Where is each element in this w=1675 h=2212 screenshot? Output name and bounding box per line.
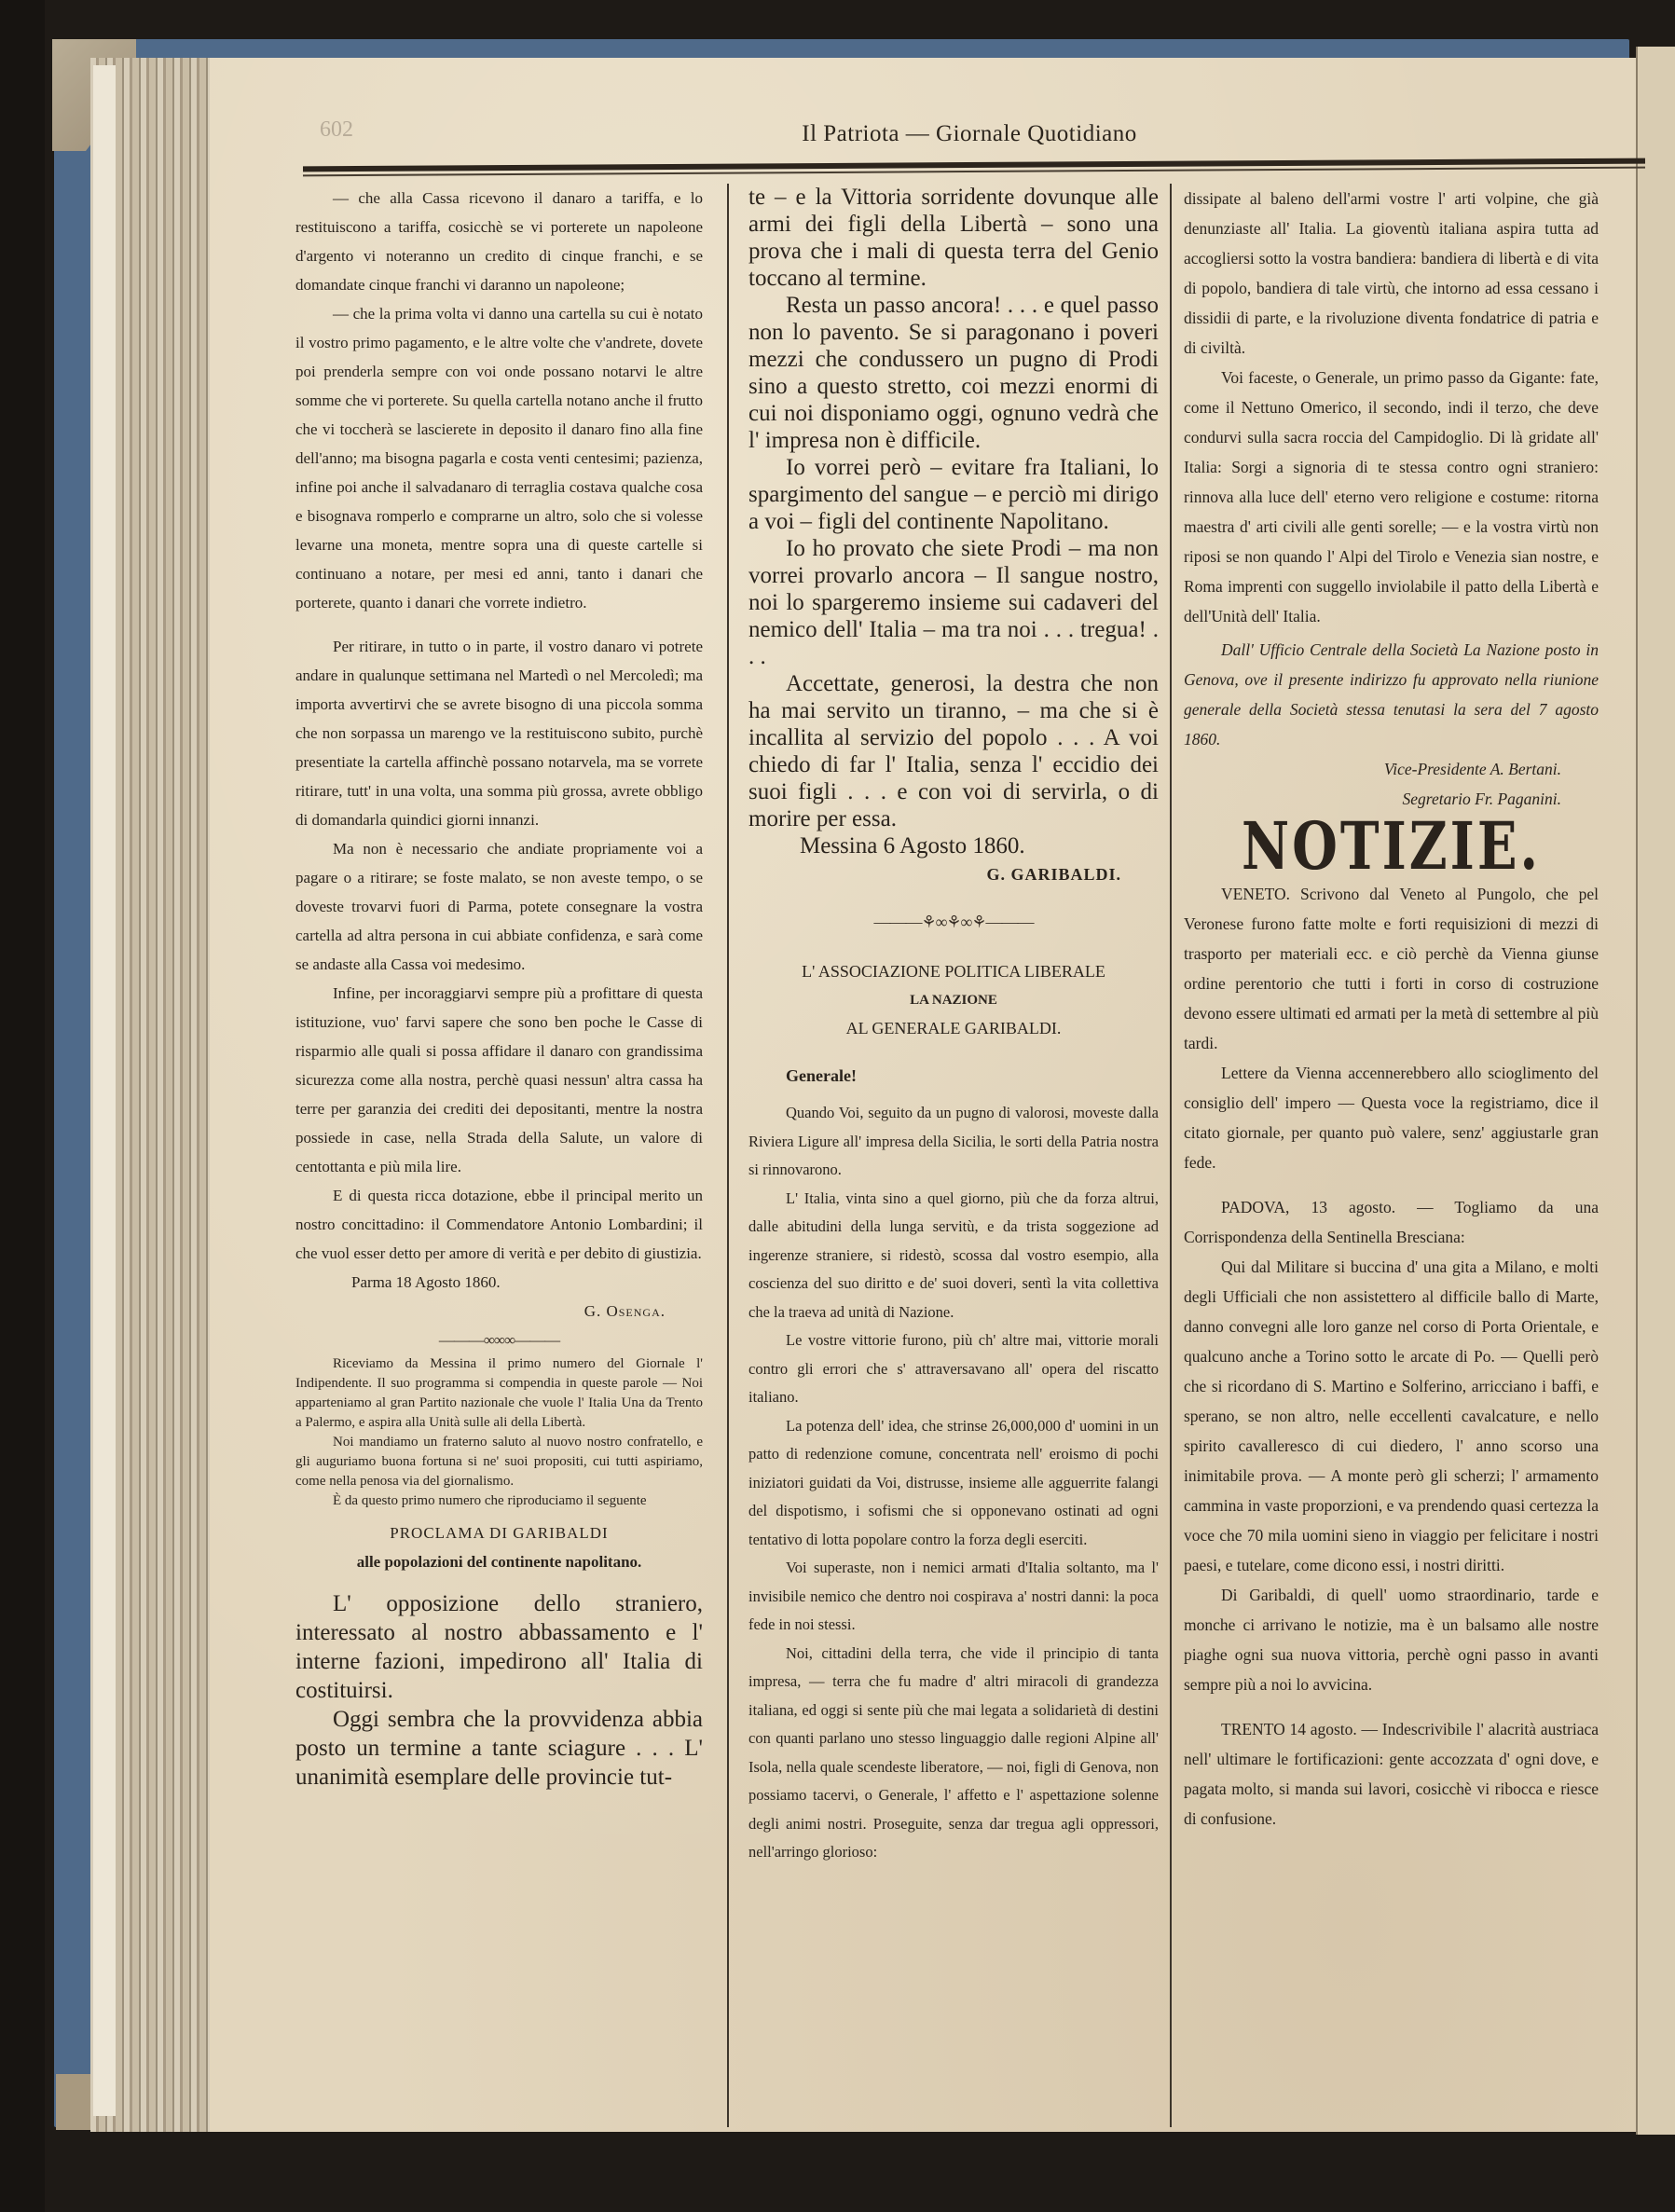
article-paragraph: Quando Voi, seguito da un pugno di valor…: [748, 1099, 1159, 1185]
article-paragraph: Noi, cittadini della terra, che vide il …: [748, 1640, 1159, 1867]
article-paragraph: Voi superaste, non i nemici armati d'Ita…: [748, 1554, 1159, 1640]
proclamation-paragraph: Io ho provato che siete Prodi – ma non v…: [748, 535, 1159, 670]
section-heading: AL GENERALE GARIBALDI.: [748, 1013, 1159, 1044]
article-paragraph: Infine, per incoraggiarvi sempre più a p…: [295, 979, 703, 1181]
proclamation-subtitle: alle popolazioni del continente napolita…: [295, 1547, 703, 1576]
proclamation-paragraph: Accettate, generosi, la destra che non h…: [748, 670, 1159, 832]
article-paragraph: — che alla Cassa ricevono il danaro a ta…: [295, 184, 703, 299]
proclamation-paragraph: Io vorrei però – evitare fra Italiani, l…: [748, 454, 1159, 535]
article-paragraph: La potenza dell' idea, che strinse 26,00…: [748, 1412, 1159, 1555]
article-paragraph: Ma non è necessario che andiate propriam…: [295, 834, 703, 979]
news-item: Di Garibaldi, di quell' uomo straordinar…: [1184, 1580, 1599, 1699]
news-item: Lettere da Vienna accennerebbero allo sc…: [1184, 1058, 1599, 1177]
column-divider: [1170, 184, 1172, 2127]
proclamation-title: PROCLAMA DI GARIBALDI: [295, 1518, 703, 1547]
notice-paragraph: Riceviamo da Messina il primo numero del…: [295, 1354, 703, 1433]
editorial-note: Dall' Ufficio Centrale della Società La …: [1184, 635, 1599, 754]
newspaper-page: 602 Il Patriota — Giornale Quotidiano — …: [210, 58, 1636, 2132]
proclamation-paragraph: Oggi sembra che la provvidenza abbia pos…: [295, 1705, 703, 1792]
proclamation-paragraph: te – e la Vittoria sorridente dovunque a…: [748, 184, 1159, 292]
news-item: VENETO. Scrivono dal Veneto al Pungolo, …: [1184, 879, 1599, 1058]
proclamation-paragraph: Resta un passo ancora! . . . e quel pass…: [748, 292, 1159, 454]
column-2: te – e la Vittoria sorridente dovunque a…: [748, 184, 1159, 1867]
ornament-divider: ———⚘∞⚘∞⚘———: [748, 907, 1159, 938]
salutation: Generale!: [748, 1061, 1159, 1092]
article-paragraph: Le vostre vittorie furono, più ch' altre…: [748, 1326, 1159, 1412]
scan-background: [0, 0, 45, 2212]
news-item: TRENTO 14 agosto. — Indescrivibile l' al…: [1184, 1714, 1599, 1834]
proclamation-paragraph: L' opposizione dello straniero, interess…: [295, 1589, 703, 1705]
next-page-edge: [1636, 47, 1675, 2135]
column-3: dissipate al baleno dell'armi vostre l' …: [1184, 184, 1599, 1834]
masthead: Il Patriota — Giornale Quotidiano: [289, 121, 1650, 147]
signature: G. GARIBALDI.: [748, 859, 1159, 890]
notice-paragraph: Noi mandiamo un fraterno saluto al nuovo…: [295, 1433, 703, 1491]
article-paragraph: dissipate al baleno dell'armi vostre l' …: [1184, 184, 1599, 363]
column-1: — che alla Cassa ricevono il danaro a ta…: [295, 184, 703, 1792]
signature: G. Osenga.: [295, 1297, 703, 1326]
article-paragraph: E di questa ricca dotazione, ebbe il pri…: [295, 1181, 703, 1268]
ornament-divider: ———∞∞∞———: [295, 1326, 703, 1354]
section-heading: L' ASSOCIAZIONE POLITICA LIBERALE: [748, 956, 1159, 987]
page-edge-flyleaf: [93, 65, 116, 2116]
dateline: Parma 18 Agosto 1860.: [295, 1268, 703, 1297]
article-paragraph: L' Italia, vinta sino a quel giorno, più…: [748, 1185, 1159, 1327]
article-paragraph: — che la prima volta vi danno una cartel…: [295, 299, 703, 617]
article-paragraph: Per ritirare, in tutto o in parte, il vo…: [295, 632, 703, 834]
dateline: Messina 6 Agosto 1860.: [748, 832, 1159, 859]
notice-paragraph: È da questo primo numero che riproduciam…: [295, 1491, 703, 1511]
article-paragraph: Voi faceste, o Generale, un primo passo …: [1184, 363, 1599, 631]
section-title-notizie: NOTIZIE.: [1184, 805, 1599, 887]
news-item: Qui dal Militare si buccina d' una gita …: [1184, 1252, 1599, 1580]
news-item: PADOVA, 13 agosto. — Togliamo da una Cor…: [1184, 1192, 1599, 1252]
section-subheading: LA NAZIONE: [748, 987, 1159, 1013]
signatory: Vice-Presidente A. Bertani.: [1184, 754, 1599, 784]
column-divider: [727, 184, 729, 2127]
